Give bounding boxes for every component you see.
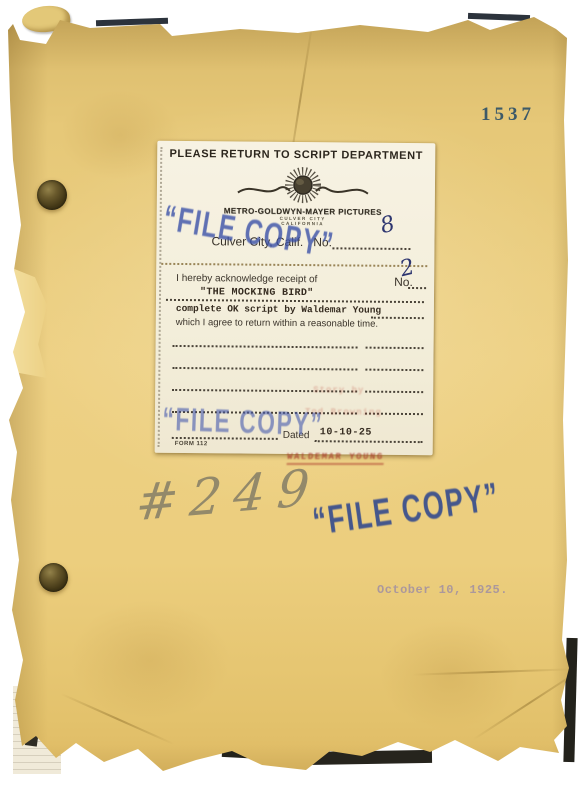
dotted-line [408,287,426,289]
catalog-number: 1537 [481,104,535,126]
brass-brad-top [37,180,67,210]
dotted-line [173,345,358,349]
penciled-archive-number: #249 [134,458,324,533]
dotted-line [172,367,357,371]
date-received-stamp: October 10, 1925. [377,583,508,597]
script-description-typed: complete OK script by Waldemar Young [176,303,381,316]
scanned-script-cover: 1537 PLEASE RETURN TO SCRIPT DEPARTMENT … [0,0,580,799]
edge-shading [0,0,48,799]
edge-shading [0,744,580,799]
file-copy-stamp-mid: “FILE COPY” [162,401,324,444]
label-header: PLEASE RETURN TO SCRIPT DEPARTMENT [157,148,435,162]
dated-value-typed: 10-10-25 [320,427,372,438]
dotted-line [371,317,424,319]
stain [70,600,230,720]
return-label: PLEASE RETURN TO SCRIPT DEPARTMENT METRO… [155,141,436,455]
dotted-line [366,347,424,350]
agreement-text: which I agree to return within a reasona… [176,317,378,330]
edge-shading [0,0,580,70]
ghost-red-text-1: Story by [313,385,364,395]
stain [380,620,520,730]
dotted-line [161,263,427,267]
script-cover: 1537 PLEASE RETURN TO SCRIPT DEPARTMENT … [0,0,580,799]
receipt-text: I hereby acknowledge receipt of [176,273,317,285]
torn-flap [7,266,47,378]
mgm-lion-burst-icon [228,165,378,206]
dotted-line [365,391,423,394]
dotted-line [315,440,423,443]
file-copy-stamp-large: “FILE COPY” [310,474,502,545]
brass-brad-bottom [39,563,68,592]
dotted-line [365,369,423,372]
form-number: FORM 112 [175,441,208,447]
script-title-typed: "THE MOCKING BIRD" [200,287,314,299]
board-edge [468,13,530,21]
